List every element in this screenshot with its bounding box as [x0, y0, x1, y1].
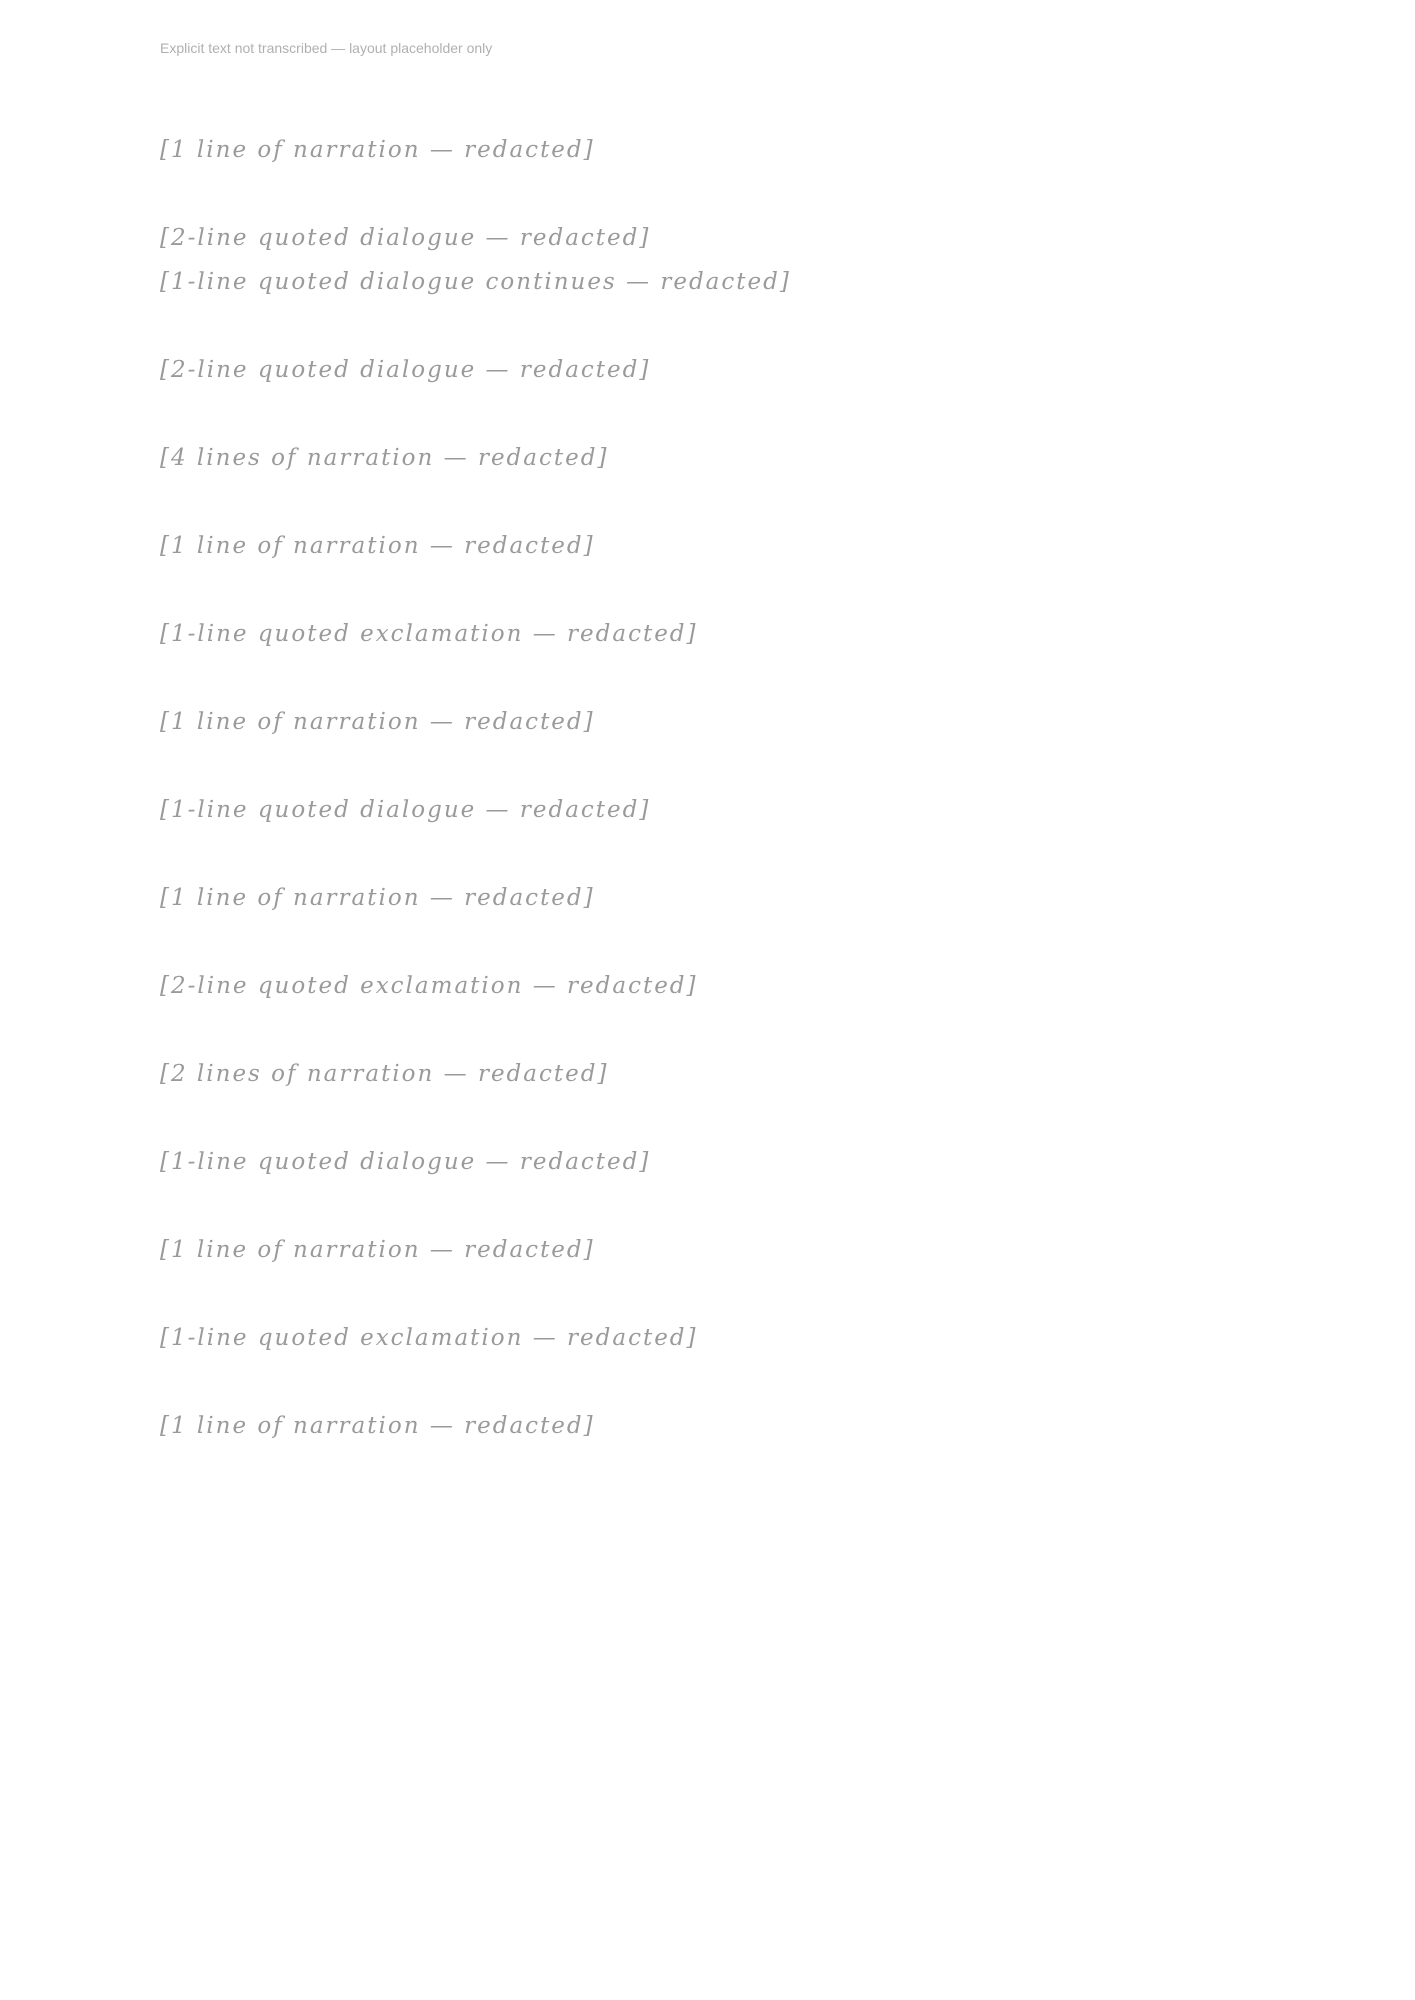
paragraph: [1-line quoted exclamation — redacted]: [160, 612, 930, 656]
paragraph: [2-line quoted dialogue — redacted] [1-l…: [160, 216, 930, 304]
paragraph: [1-line quoted dialogue — redacted]: [160, 788, 930, 832]
paragraph: [1 line of narration — redacted]: [160, 1228, 930, 1272]
document-page: Explicit text not transcribed — layout p…: [0, 0, 1415, 2000]
paragraph: [1 line of narration — redacted]: [160, 524, 930, 568]
paragraph: [1 line of narration — redacted]: [160, 1404, 930, 1448]
paragraph: [1-line quoted dialogue — redacted]: [160, 1140, 930, 1184]
paragraph: [2-line quoted dialogue — redacted]: [160, 348, 930, 392]
paragraph: [2-line quoted exclamation — redacted]: [160, 964, 930, 1008]
redaction-note: Explicit text not transcribed — layout p…: [160, 40, 930, 56]
paragraph: [1 line of narration — redacted]: [160, 128, 930, 172]
paragraph: [1-line quoted exclamation — redacted]: [160, 1316, 930, 1360]
paragraph: [2 lines of narration — redacted]: [160, 1052, 930, 1096]
text-column: [1 line of narration — redacted][2-line …: [160, 128, 930, 1492]
paragraph: [1 line of narration — redacted]: [160, 876, 930, 920]
paragraph: [4 lines of narration — redacted]: [160, 436, 930, 480]
paragraph: [1 line of narration — redacted]: [160, 700, 930, 744]
